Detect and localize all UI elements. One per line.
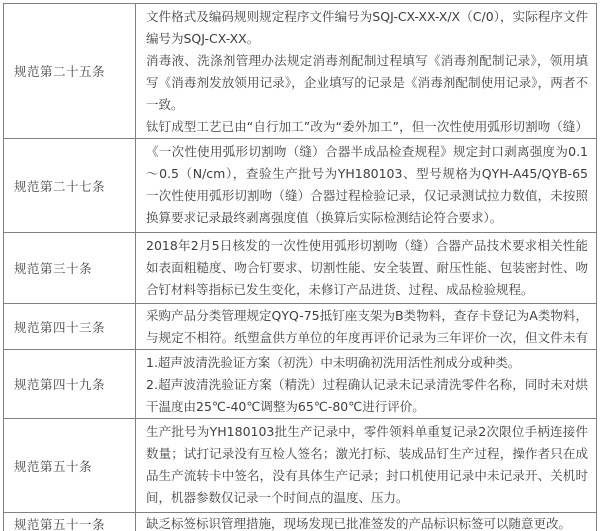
- clause-cell: 规范第三十条: [4, 233, 136, 304]
- finding-paragraph: 2.超声波清洗验证方案（精洗）过程确认记录未记录清洗零件名称，同时未对烘干温度由…: [146, 374, 588, 418]
- finding-content: 1.超声波清洗验证方案（初洗）中未明确初洗用活性剂成分或种类。 2.超声波清洗验…: [136, 350, 596, 418]
- finding-content: 缺乏标签标识管理措施，现场发现已批准签发的产品标识标签可以随意更改。: [136, 513, 596, 531]
- table-row: 规范第五十条 生产批号为YH180103批生产记录中，零件领料单重复记录2次限位…: [4, 419, 597, 513]
- clause-label: 规范第四十九条: [14, 377, 105, 392]
- finding-paragraph: 钛钉成型工艺已由“自行加工”改为“委外加工”，但一次性使用弧形切割吻（缝）合器生…: [146, 116, 588, 138]
- finding-cell: 缺乏标签标识管理措施，现场发现已批准签发的产品标识标签可以随意更改。: [136, 513, 597, 531]
- finding-cell: 生产批号为YH180103批生产记录中，零件领料单重复记录2次限位手柄连接件数量…: [136, 419, 597, 513]
- finding-content: 《一次性使用弧形切割吻（缝）合器半成品检查规程》规定封口剥离强度为0.1～0.5…: [136, 139, 596, 232]
- finding-paragraph: 《一次性使用弧形切割吻（缝）合器半成品检查规程》规定封口剥离强度为0.1～0.5…: [146, 141, 588, 229]
- finding-content: 采购产品分类管理规定QYQ-75抵钉座支架为B类物料，查存卡登记为A类物料，与规…: [136, 304, 596, 349]
- table-row: 规范第五十一条 缺乏标签标识管理措施，现场发现已批准签发的产品标识标签可以随意更…: [4, 513, 597, 531]
- table-row: 规范第四十九条 1.超声波清洗验证方案（初洗）中未明确初洗用活性剂成分或种类。 …: [4, 350, 597, 419]
- finding-paragraph: 文件格式及编码规则规定程序文件编号为SQJ-CX-XX-X/X（C/0），实际程…: [146, 6, 588, 50]
- table-row: 规范第二十七条 《一次性使用弧形切割吻（缝）合器半成品检查规程》规定封口剥离强度…: [4, 139, 597, 233]
- finding-paragraph: 消毒液、洗涤剂管理办法规定消毒剂配制过程填写《消毒剂配制记录》，领用填写《消毒剂…: [146, 50, 588, 116]
- clause-label: 规范第五十一条: [14, 517, 105, 531]
- finding-paragraph: 生产批号为YH180103批生产记录中，零件领料单重复记录2次限位手柄连接件数量…: [146, 421, 588, 509]
- clause-label: 规范第四十三条: [14, 320, 105, 335]
- clause-label: 规范第二十七条: [14, 179, 105, 194]
- finding-paragraph: 采购产品分类管理规定QYQ-75抵钉座支架为B类物料，查存卡登记为A类物料，与规…: [146, 305, 588, 349]
- finding-paragraph: 2018年2月5日核发的一次性使用弧形切割吻（缝）合器产品技术要求相关性能如表面…: [146, 235, 588, 301]
- finding-content: 文件格式及编码规则规定程序文件编号为SQJ-CX-XX-X/X（C/0），实际程…: [136, 4, 596, 138]
- clause-cell: 规范第二十七条: [4, 139, 136, 233]
- finding-content: 2018年2月5日核发的一次性使用弧形切割吻（缝）合器产品技术要求相关性能如表面…: [136, 233, 596, 303]
- clause-label: 规范第二十五条: [14, 64, 105, 79]
- table-row: 规范第三十条 2018年2月5日核发的一次性使用弧形切割吻（缝）合器产品技术要求…: [4, 233, 597, 304]
- clause-cell: 规范第五十条: [4, 419, 136, 513]
- finding-cell: 1.超声波清洗验证方案（初洗）中未明确初洗用活性剂成分或种类。 2.超声波清洗验…: [136, 350, 597, 419]
- finding-cell: 采购产品分类管理规定QYQ-75抵钉座支架为B类物料，查存卡登记为A类物料，与规…: [136, 304, 597, 350]
- clause-cell: 规范第五十一条: [4, 513, 136, 531]
- finding-cell: 《一次性使用弧形切割吻（缝）合器半成品检查规程》规定封口剥离强度为0.1～0.5…: [136, 139, 597, 233]
- clause-cell: 规范第二十五条: [4, 4, 136, 139]
- clause-label: 规范第三十条: [14, 261, 92, 276]
- clause-cell: 规范第四十三条: [4, 304, 136, 350]
- clause-label: 规范第五十条: [14, 459, 92, 474]
- table-row: 规范第四十三条 采购产品分类管理规定QYQ-75抵钉座支架为B类物料，查存卡登记…: [4, 304, 597, 350]
- inspection-findings-table: 规范第二十五条 文件格式及编码规则规定程序文件编号为SQJ-CX-XX-X/X（…: [3, 3, 597, 531]
- finding-paragraph: 1.超声波清洗验证方案（初洗）中未明确初洗用活性剂成分或种类。: [146, 352, 588, 374]
- finding-cell: 2018年2月5日核发的一次性使用弧形切割吻（缝）合器产品技术要求相关性能如表面…: [136, 233, 597, 304]
- clause-cell: 规范第四十九条: [4, 350, 136, 419]
- table-row: 规范第二十五条 文件格式及编码规则规定程序文件编号为SQJ-CX-XX-X/X（…: [4, 4, 597, 139]
- finding-content: 生产批号为YH180103批生产记录中，零件领料单重复记录2次限位手柄连接件数量…: [136, 419, 596, 512]
- finding-paragraph: 缺乏标签标识管理措施，现场发现已批准签发的产品标识标签可以随意更改。: [146, 514, 588, 531]
- finding-cell: 文件格式及编码规则规定程序文件编号为SQJ-CX-XX-X/X（C/0），实际程…: [136, 4, 597, 139]
